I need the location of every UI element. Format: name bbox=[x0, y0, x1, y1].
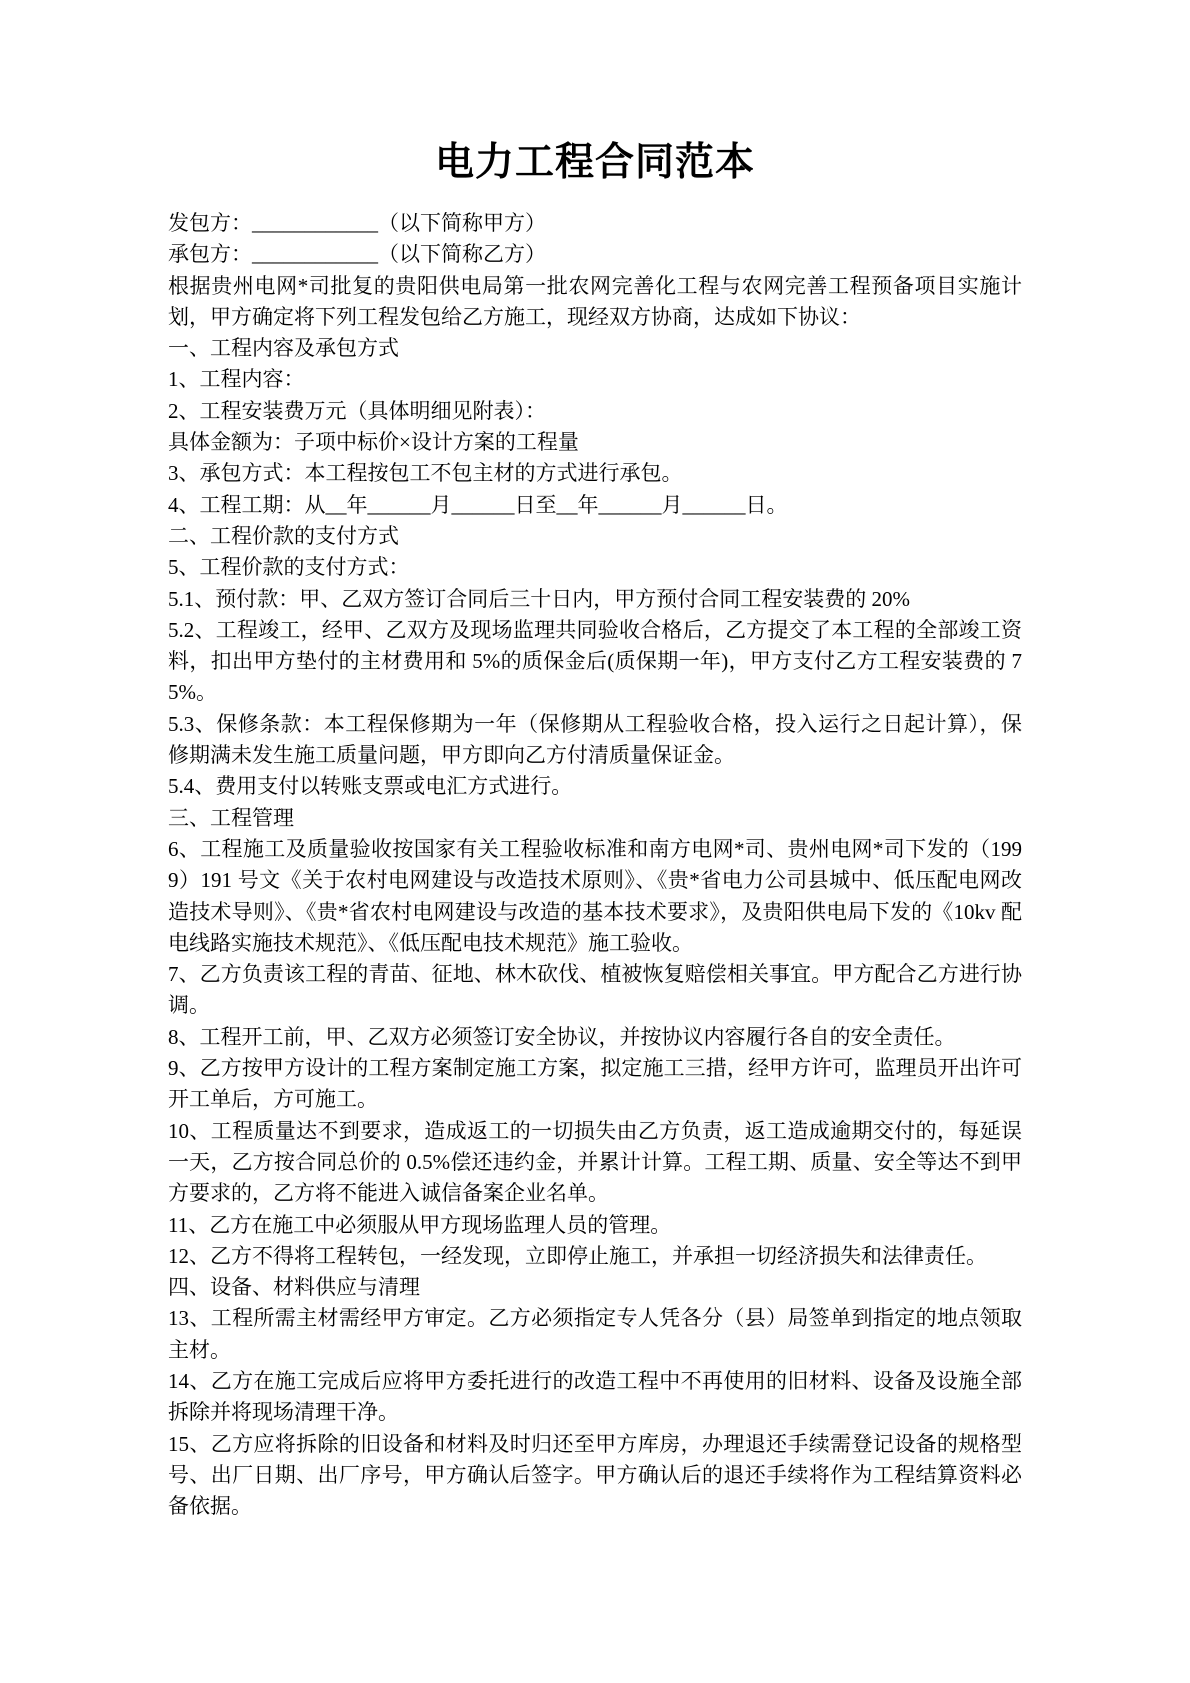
clause-5-1: 5.1、预付款：甲、乙双方签订合同后三十日内，甲方预付合同工程安装费的 20% bbox=[168, 584, 1022, 615]
party-b-line: 承包方：____________（以下简称乙方） bbox=[168, 239, 1022, 270]
preamble-paragraph: 根据贵州电网*司批复的贵阳供电局第一批农网完善化工程与农网完善工程预备项目实施计… bbox=[168, 271, 1022, 334]
contract-body: 发包方：____________（以下简称甲方） 承包方：___________… bbox=[168, 208, 1022, 1522]
section-1-heading: 一、工程内容及承包方式 bbox=[168, 333, 1022, 364]
clause-4: 4、工程工期：从__年______月______日至__年______月____… bbox=[168, 490, 1022, 521]
clause-3: 3、承包方式：本工程按包工不包主材的方式进行承包。 bbox=[168, 458, 1022, 489]
section-2-heading: 二、工程价款的支付方式 bbox=[168, 521, 1022, 552]
document-title: 电力工程合同范本 bbox=[168, 138, 1022, 189]
clause-13: 13、工程所需主材需经甲方审定。乙方必须指定专人凭各分（县）局签单到指定的地点领… bbox=[168, 1303, 1022, 1366]
clause-5-4: 5.4、费用支付以转账支票或电汇方式进行。 bbox=[168, 771, 1022, 802]
clause-11: 11、乙方在施工中必须服从甲方现场监理人员的管理。 bbox=[168, 1210, 1022, 1241]
section-3-heading: 三、工程管理 bbox=[168, 803, 1022, 834]
clause-12: 12、乙方不得将工程转包，一经发现，立即停止施工，并承担一切经济损失和法律责任。 bbox=[168, 1241, 1022, 1272]
clause-5-2: 5.2、工程竣工，经甲、乙双方及现场监理共同验收合格后，乙方提交了本工程的全部竣… bbox=[168, 615, 1022, 709]
section-4-heading: 四、设备、材料供应与清理 bbox=[168, 1272, 1022, 1303]
clause-1: 1、工程内容： bbox=[168, 364, 1022, 395]
clause-10: 10、工程质量达不到要求，造成返工的一切损失由乙方负责，返工造成逾期交付的，每延… bbox=[168, 1116, 1022, 1210]
clause-5-3: 5.3、保修条款：本工程保修期为一年（保修期从工程验收合格，投入运行之日起计算）… bbox=[168, 709, 1022, 772]
party-a-line: 发包方：____________（以下简称甲方） bbox=[168, 208, 1022, 239]
clause-7: 7、乙方负责该工程的青苗、征地、林木砍伐、植被恢复赔偿相关事宜。甲方配合乙方进行… bbox=[168, 959, 1022, 1022]
clause-9: 9、乙方按甲方设计的工程方案制定施工方案，拟定施工三措，经甲方许可，监理员开出许… bbox=[168, 1053, 1022, 1116]
clause-2: 2、工程安装费万元（具体明细见附表）： bbox=[168, 396, 1022, 427]
clause-5: 5、工程价款的支付方式： bbox=[168, 552, 1022, 583]
clause-14: 14、乙方在施工完成后应将甲方委托进行的改造工程中不再使用的旧材料、设备及设施全… bbox=[168, 1366, 1022, 1429]
document-page: 电力工程合同范本 发包方：____________（以下简称甲方） 承包方：__… bbox=[0, 0, 1190, 1683]
clause-8: 8、工程开工前，甲、乙双方必须签订安全协议，并按协议内容履行各自的安全责任。 bbox=[168, 1022, 1022, 1053]
clause-15: 15、乙方应将拆除的旧设备和材料及时归还至甲方库房，办理退还手续需登记设备的规格… bbox=[168, 1429, 1022, 1523]
clause-6: 6、工程施工及质量验收按国家有关工程验收标准和南方电网*司、贵州电网*司下发的（… bbox=[168, 834, 1022, 959]
clause-2-amount: 具体金额为：子项中标价×设计方案的工程量 bbox=[168, 427, 1022, 458]
